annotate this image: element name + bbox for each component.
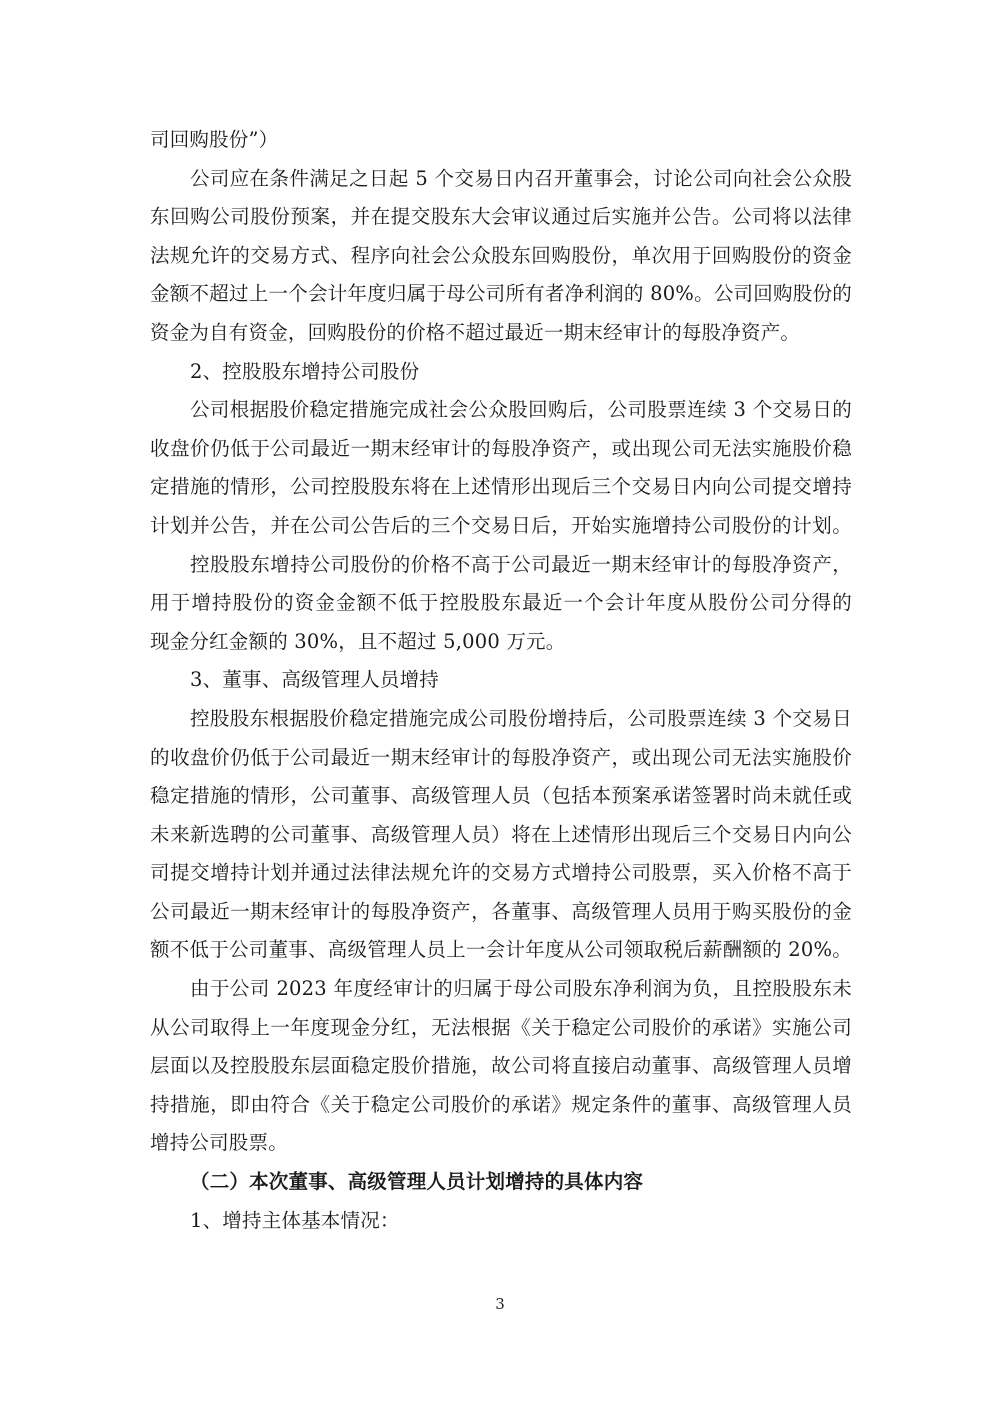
text-line: 现金分红金额的 30%，且不超过 5,000 万元。 [150, 623, 852, 662]
text-line: 收盘价仍低于公司最近一期末经审计的每股净资产，或出现公司无法实施股价稳 [150, 430, 852, 469]
text-line: 公司应在条件满足之日起 5 个交易日内召开董事会，讨论公司向社会公众股 [150, 160, 852, 199]
text-line: 从公司取得上一年度现金分红，无法根据《关于稳定公司股价的承诺》实施公司 [150, 1009, 852, 1048]
text-line: 层面以及控股股东层面稳定股价措施，故公司将直接启动董事、高级管理人员增 [150, 1047, 852, 1086]
text-line: 定措施的情形，公司控股股东将在上述情形出现后三个交易日内向公司提交增持 [150, 468, 852, 507]
text-line: 控股股东根据股价稳定措施完成公司股份增持后，公司股票连续 3 个交易日 [150, 700, 852, 739]
document-body: 司回购股份”）公司应在条件满足之日起 5 个交易日内召开董事会，讨论公司向社会公… [150, 121, 852, 1240]
text-line: 1、增持主体基本情况： [150, 1202, 852, 1241]
text-line: 额不低于公司董事、高级管理人员上一会计年度从公司领取税后薪酬额的 20%。 [150, 931, 852, 970]
text-line: 用于增持股份的资金金额不低于控股股东最近一个会计年度从股份公司分得的 [150, 584, 852, 623]
text-line: 控股股东增持公司股份的价格不高于公司最近一期末经审计的每股净资产， [150, 546, 852, 585]
text-line: 司回购股份”） [150, 121, 852, 160]
text-line: 未来新选聘的公司董事、高级管理人员）将在上述情形出现后三个交易日内向公 [150, 816, 852, 855]
section-heading: （二）本次董事、高级管理人员计划增持的具体内容 [150, 1163, 852, 1202]
text-line: 2、控股股东增持公司股份 [150, 353, 852, 392]
text-line: 东回购公司股份预案，并在提交股东大会审议通过后实施并公告。公司将以法律 [150, 198, 852, 237]
text-line: 的收盘价仍低于公司最近一期末经审计的每股净资产，或出现公司无法实施股价 [150, 739, 852, 778]
text-line: 稳定措施的情形，公司董事、高级管理人员（包括本预案承诺签署时尚未就任或 [150, 777, 852, 816]
text-line: 持措施，即由符合《关于稳定公司股价的承诺》规定条件的董事、高级管理人员 [150, 1086, 852, 1125]
text-line: 公司最近一期末经审计的每股净资产，各董事、高级管理人员用于购买股份的金 [150, 893, 852, 932]
text-line: 司提交增持计划并通过法律法规允许的交易方式增持公司股票，买入价格不高于 [150, 854, 852, 893]
text-line: 由于公司 2023 年度经审计的归属于母公司股东净利润为负，且控股股东未 [150, 970, 852, 1009]
page-number: 3 [0, 1295, 1000, 1313]
text-line: 法规允许的交易方式、程序向社会公众股东回购股份，单次用于回购股份的资金 [150, 237, 852, 276]
text-line: 资金为自有资金，回购股份的价格不超过最近一期末经审计的每股净资产。 [150, 314, 852, 353]
text-line: 计划并公告，并在公司公告后的三个交易日后，开始实施增持公司股份的计划。 [150, 507, 852, 546]
text-line: 金额不超过上一个会计年度归属于母公司所有者净利润的 80%。公司回购股份的 [150, 275, 852, 314]
text-line: 公司根据股价稳定措施完成社会公众股回购后，公司股票连续 3 个交易日的 [150, 391, 852, 430]
text-line: 3、董事、高级管理人员增持 [150, 661, 852, 700]
text-line: 增持公司股票。 [150, 1124, 852, 1163]
